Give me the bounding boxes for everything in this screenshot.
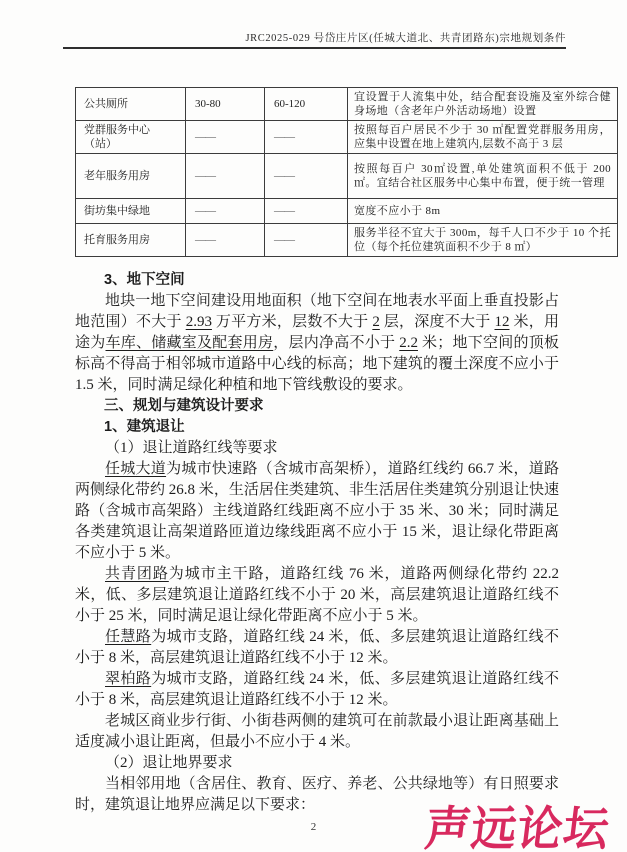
text-run: ，层内净高不小于 (273, 335, 399, 351)
underlined-text: 12 (495, 314, 510, 330)
cell-requirements: 宽度不应小于 8m (348, 199, 618, 224)
table-row: 公共厕所30-8060-120宜设置于人流集中处，结合配套设施及室外综合健身场地… (76, 88, 618, 121)
text-run: 三、规划与建筑设计要求 (104, 398, 264, 414)
facilities-table-body: 公共厕所30-8060-120宜设置于人流集中处，结合配套设施及室外综合健身场地… (76, 88, 618, 257)
paragraph: （2）退让地界要求 (75, 753, 559, 774)
table-row: 街坊集中绿地————宽度不应小于 8m (76, 199, 618, 224)
underlined-text: 2.93 (186, 314, 212, 330)
cell-requirements: 服务半径不宜大于 300m，每千人口不少于 10 个托位（每个托位建筑面积不少于… (348, 224, 618, 257)
cell-facility-name: 党群服务中心 （站） (76, 121, 186, 154)
text-run: 老城区商业步行街、小街巷两侧的建筑可在前款最小退让距离基础上适度减小退让距离，但… (75, 713, 559, 750)
text-run: （2）退让地界要求 (105, 755, 233, 771)
paragraph: 老城区商业步行街、小街巷两侧的建筑可在前款最小退让距离基础上适度减小退让距离，但… (75, 711, 559, 753)
cell-requirements: 宜设置于人流集中处，结合配套设施及室外综合健身场地（含老年户外活动场地）设置 (348, 88, 618, 121)
cell-scale-min: 30-80 (186, 88, 265, 121)
page-header-title: JRC2025-029 号岱庄片区(任城大道北、共青团路东)宗地规划条件 (245, 30, 566, 45)
header-rule (63, 47, 566, 49)
paragraph: 地块一地下空间建设用地面积（地下空间在地表水平面上垂直投影占地范围）不大于 2.… (75, 291, 559, 396)
text-run: （1）退让道路红线等要求 (105, 440, 278, 456)
cell-scale-max: —— (265, 154, 348, 199)
cell-scale-max: 60-120 (265, 88, 348, 121)
cell-scale-max: —— (265, 121, 348, 154)
document-page: JRC2025-029 号岱庄片区(任城大道北、共青团路东)宗地规划条件 公共厕… (0, 0, 627, 852)
section-heading: 1、建筑退让 (75, 417, 559, 438)
underlined-text: 共青团路 (105, 566, 169, 582)
underlined-text: 2 (372, 314, 380, 330)
section-heading: 三、规划与建筑设计要求 (75, 396, 559, 417)
text-run: 层，深度不大于 (380, 314, 495, 330)
cell-scale-min: —— (186, 154, 265, 199)
table-row: 党群服务中心 （站）————按照每百户居民不少于 30 ㎡配置党群服务用房，应集… (76, 121, 618, 154)
cell-facility-name: 老年服务用房 (76, 154, 186, 199)
cell-scale-max: —— (265, 199, 348, 224)
cell-facility-name: 公共厕所 (76, 88, 186, 121)
cell-requirements: 按照每百户 30㎡设置,单处建筑面积不低于 200 ㎡。宜结合社区服务中心集中布… (348, 154, 618, 199)
cell-requirements: 按照每百户居民不少于 30 ㎡配置党群服务用房，应集中设置在地上建筑内,层数不高… (348, 121, 618, 154)
cell-scale-min: —— (186, 199, 265, 224)
paragraph: 任慧路为城市支路，道路红线 24 米，低、多层建筑退让道路红线不小于 8 米，高… (75, 627, 559, 669)
facilities-table: 公共厕所30-8060-120宜设置于人流集中处，结合配套设施及室外综合健身场地… (75, 87, 618, 257)
document-body: 3、地下空间地块一地下空间建设用地面积（地下空间在地表水平面上垂直投影占地范围）… (75, 270, 559, 816)
underlined-text: 车库、储藏室及配套用房 (106, 335, 274, 351)
underlined-text: 任慧路 (105, 629, 151, 645)
cell-scale-max: —— (265, 224, 348, 257)
text-run: 万平方米，层数不大于 (212, 314, 372, 330)
table-row: 托育服务用房————服务半径不宜大于 300m，每千人口不少于 10 个托位（每… (76, 224, 618, 257)
cell-scale-min: —— (186, 121, 265, 154)
underlined-text: 2.2 (399, 335, 418, 351)
paragraph: 翠柏路为城市支路，道路红线 24 米，低、多层建筑退让道路红线不小于 8 米，高… (75, 669, 559, 711)
cell-scale-min: —— (186, 224, 265, 257)
table-row: 老年服务用房————按照每百户 30㎡设置,单处建筑面积不低于 200 ㎡。宜结… (76, 154, 618, 199)
underlined-text: 任城大道 (105, 461, 166, 477)
underlined-text: 翠柏路 (105, 671, 151, 687)
cell-facility-name: 街坊集中绿地 (76, 199, 186, 224)
forum-watermark: 声远论坛 (422, 790, 614, 852)
paragraph: （1）退让道路红线等要求 (75, 438, 559, 459)
paragraph: 任城大道为城市快速路（含城市高架桥），道路红线约 66.7 米，道路两侧绿化带约… (75, 459, 559, 564)
cell-facility-name: 托育服务用房 (76, 224, 186, 257)
text-run: 3、地下空间 (104, 272, 185, 288)
section-heading: 3、地下空间 (75, 270, 559, 291)
text-run: 1、建筑退让 (104, 419, 185, 435)
paragraph: 共青团路为城市主干路，道路红线 76 米，道路两侧绿化带约 22.2 米，低、多… (75, 564, 559, 627)
